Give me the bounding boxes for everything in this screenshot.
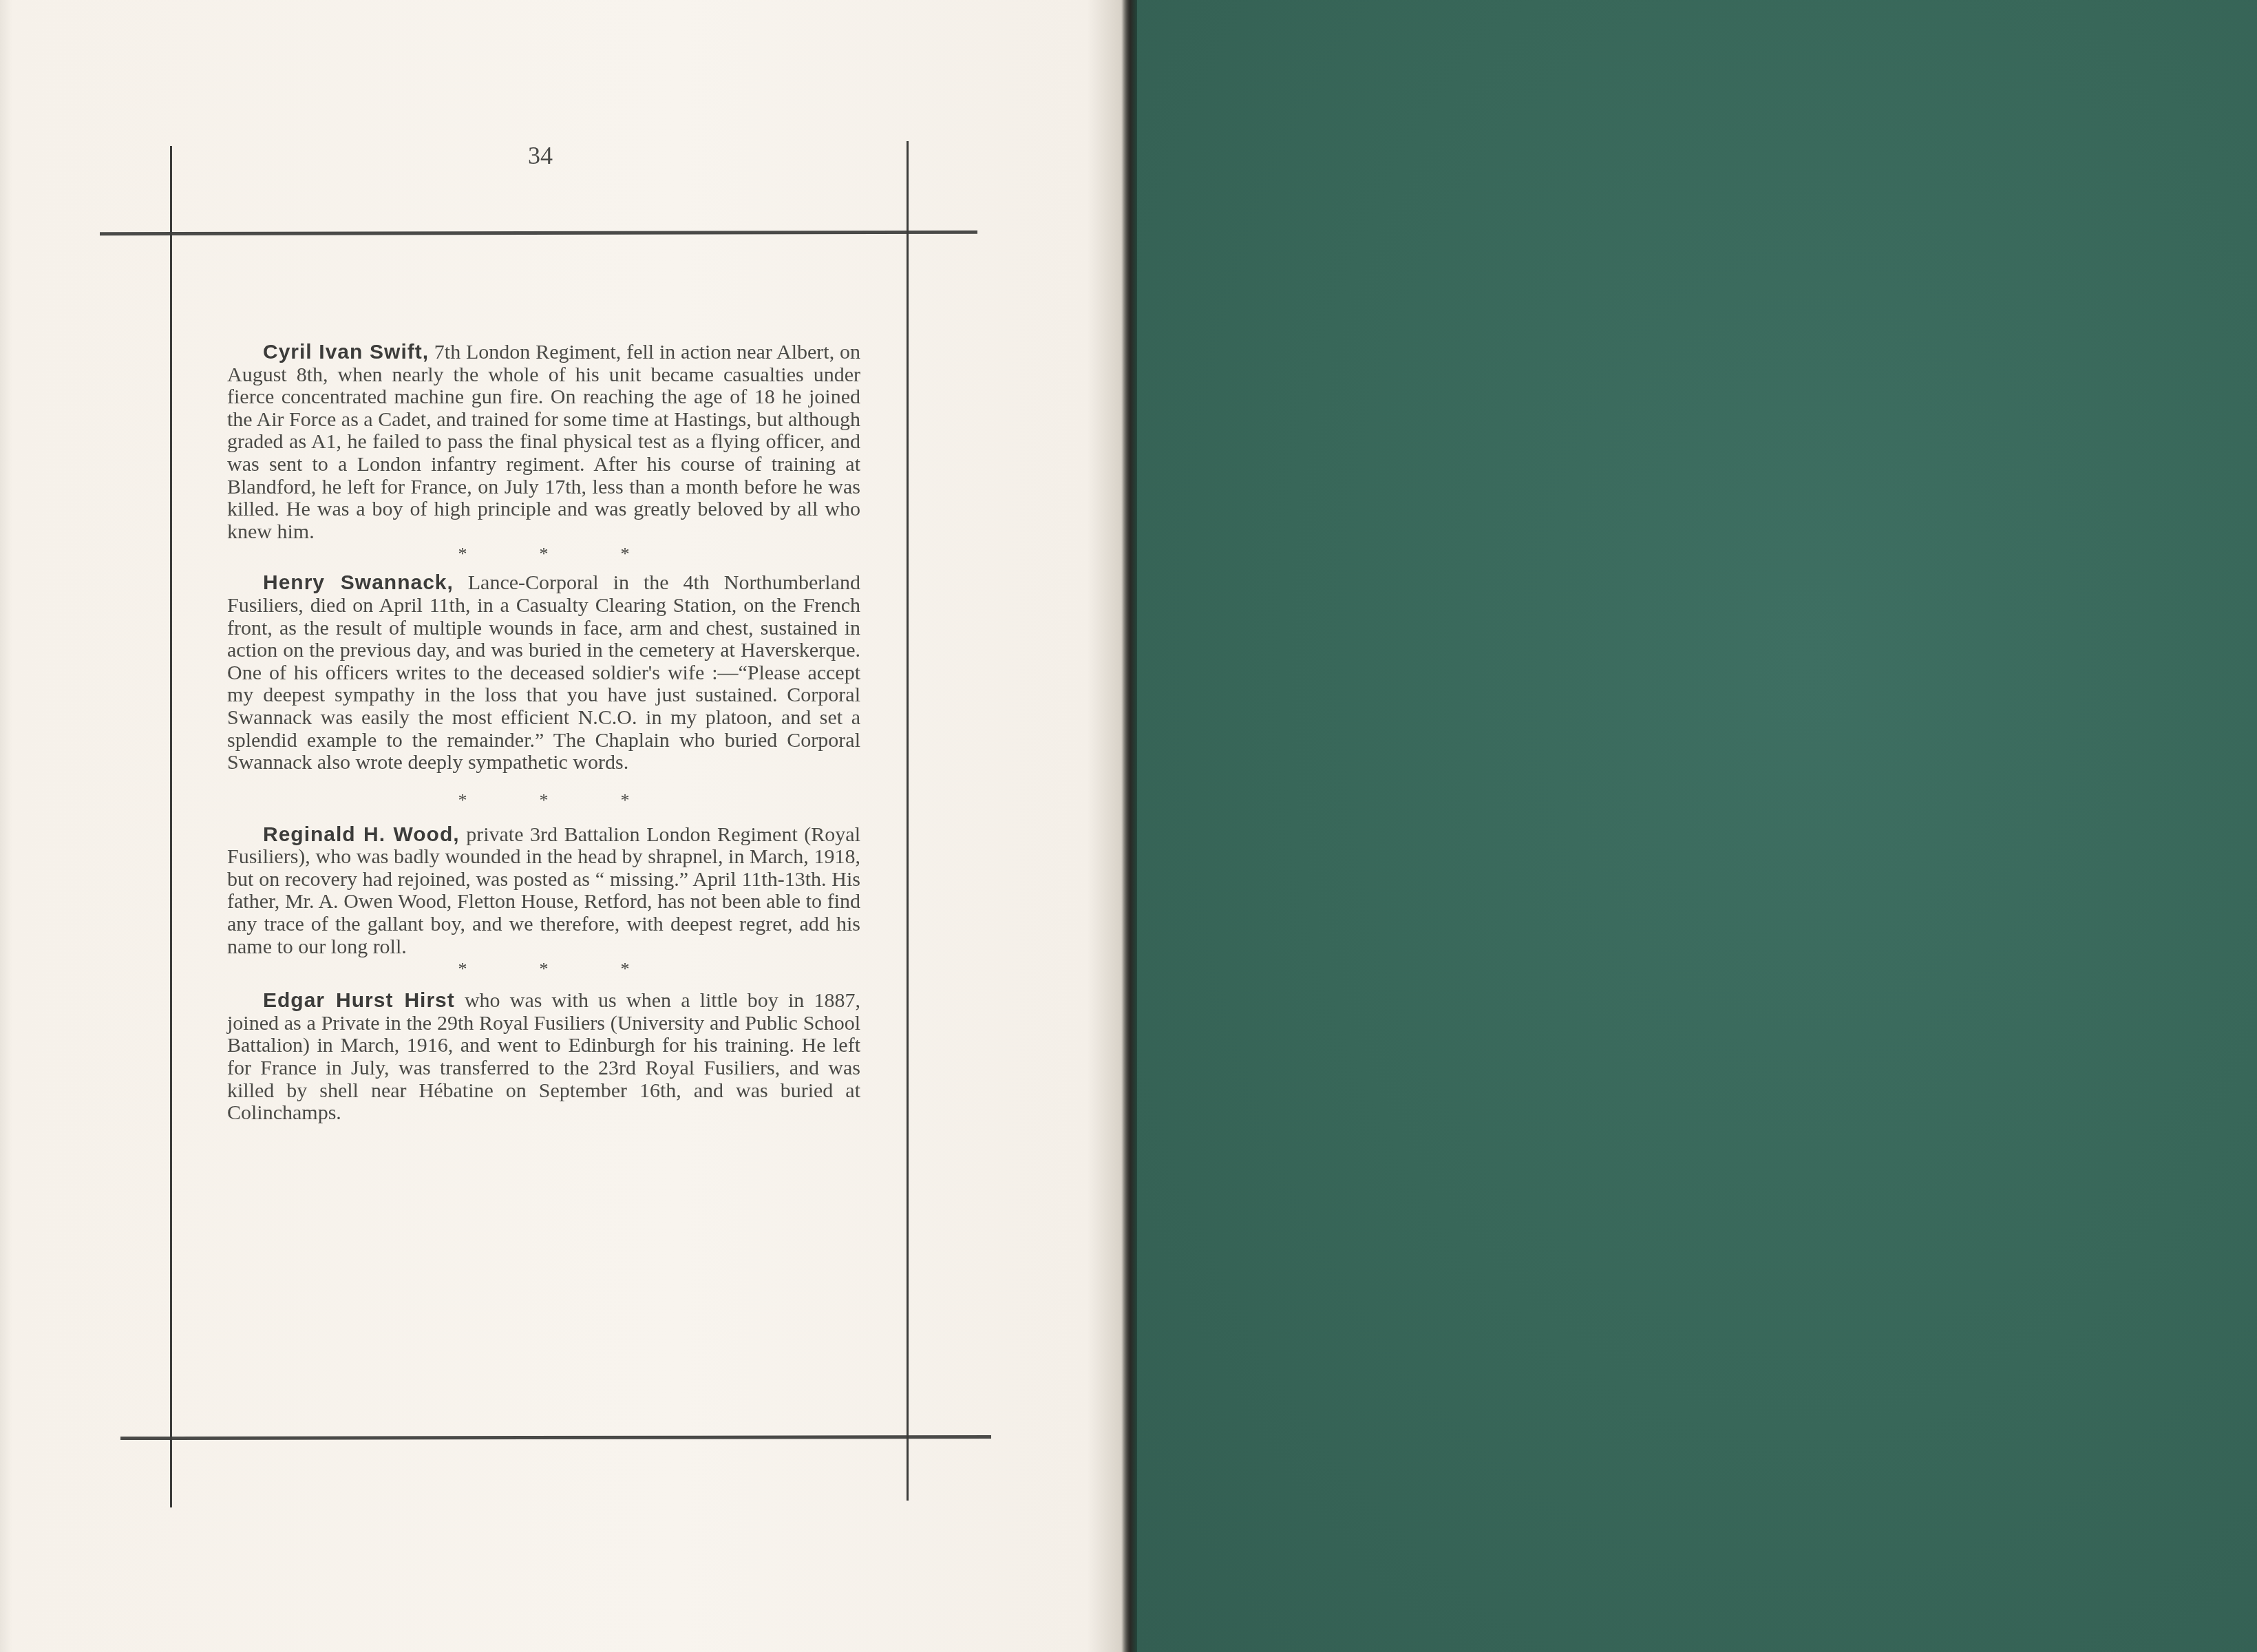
- entry-wood: Reginald H. Wood, private 3rd Battalion …: [227, 824, 860, 959]
- right-border-rule: [907, 141, 909, 1501]
- entry-swift: Cyril Ivan Swift, 7th London Regiment, f…: [227, 341, 860, 543]
- asterisk-icon: *: [503, 543, 584, 565]
- section-separator: ***: [227, 958, 860, 980]
- section-separator: ***: [227, 543, 860, 565]
- asterisk-icon: *: [584, 958, 666, 980]
- asterisk-icon: *: [422, 958, 503, 980]
- obituary-column: Cyril Ivan Swift, 7th London Regiment, f…: [227, 341, 860, 1125]
- asterisk-icon: *: [503, 958, 584, 980]
- section-separator: ***: [227, 790, 860, 812]
- asterisk-icon: *: [503, 790, 584, 812]
- green-cover-page: [1132, 0, 2257, 1652]
- entry-text: Lance-Corporal in the 4th Northumberland…: [227, 571, 860, 774]
- asterisk-icon: *: [422, 790, 503, 812]
- left-border-rule: [170, 146, 172, 1507]
- entry-swannack: Henry Swannack, Lance-Corporal in the 4t…: [227, 572, 860, 774]
- entry-name: Edgar Hurst Hirst: [263, 989, 455, 1012]
- entry-hirst: Edgar Hurst Hirst who was with us when a…: [227, 990, 860, 1125]
- entry-text: 7th London Regiment, fell in action near…: [227, 341, 860, 543]
- entry-name: Cyril Ivan Swift,: [263, 341, 429, 363]
- page-number: 34: [516, 141, 564, 170]
- entry-name: Henry Swannack,: [263, 571, 454, 594]
- asterisk-icon: *: [584, 790, 666, 812]
- asterisk-icon: *: [584, 543, 666, 565]
- book-spine-edge: [1122, 0, 1137, 1652]
- asterisk-icon: *: [422, 543, 503, 565]
- entry-name: Reginald H. Wood,: [263, 823, 460, 846]
